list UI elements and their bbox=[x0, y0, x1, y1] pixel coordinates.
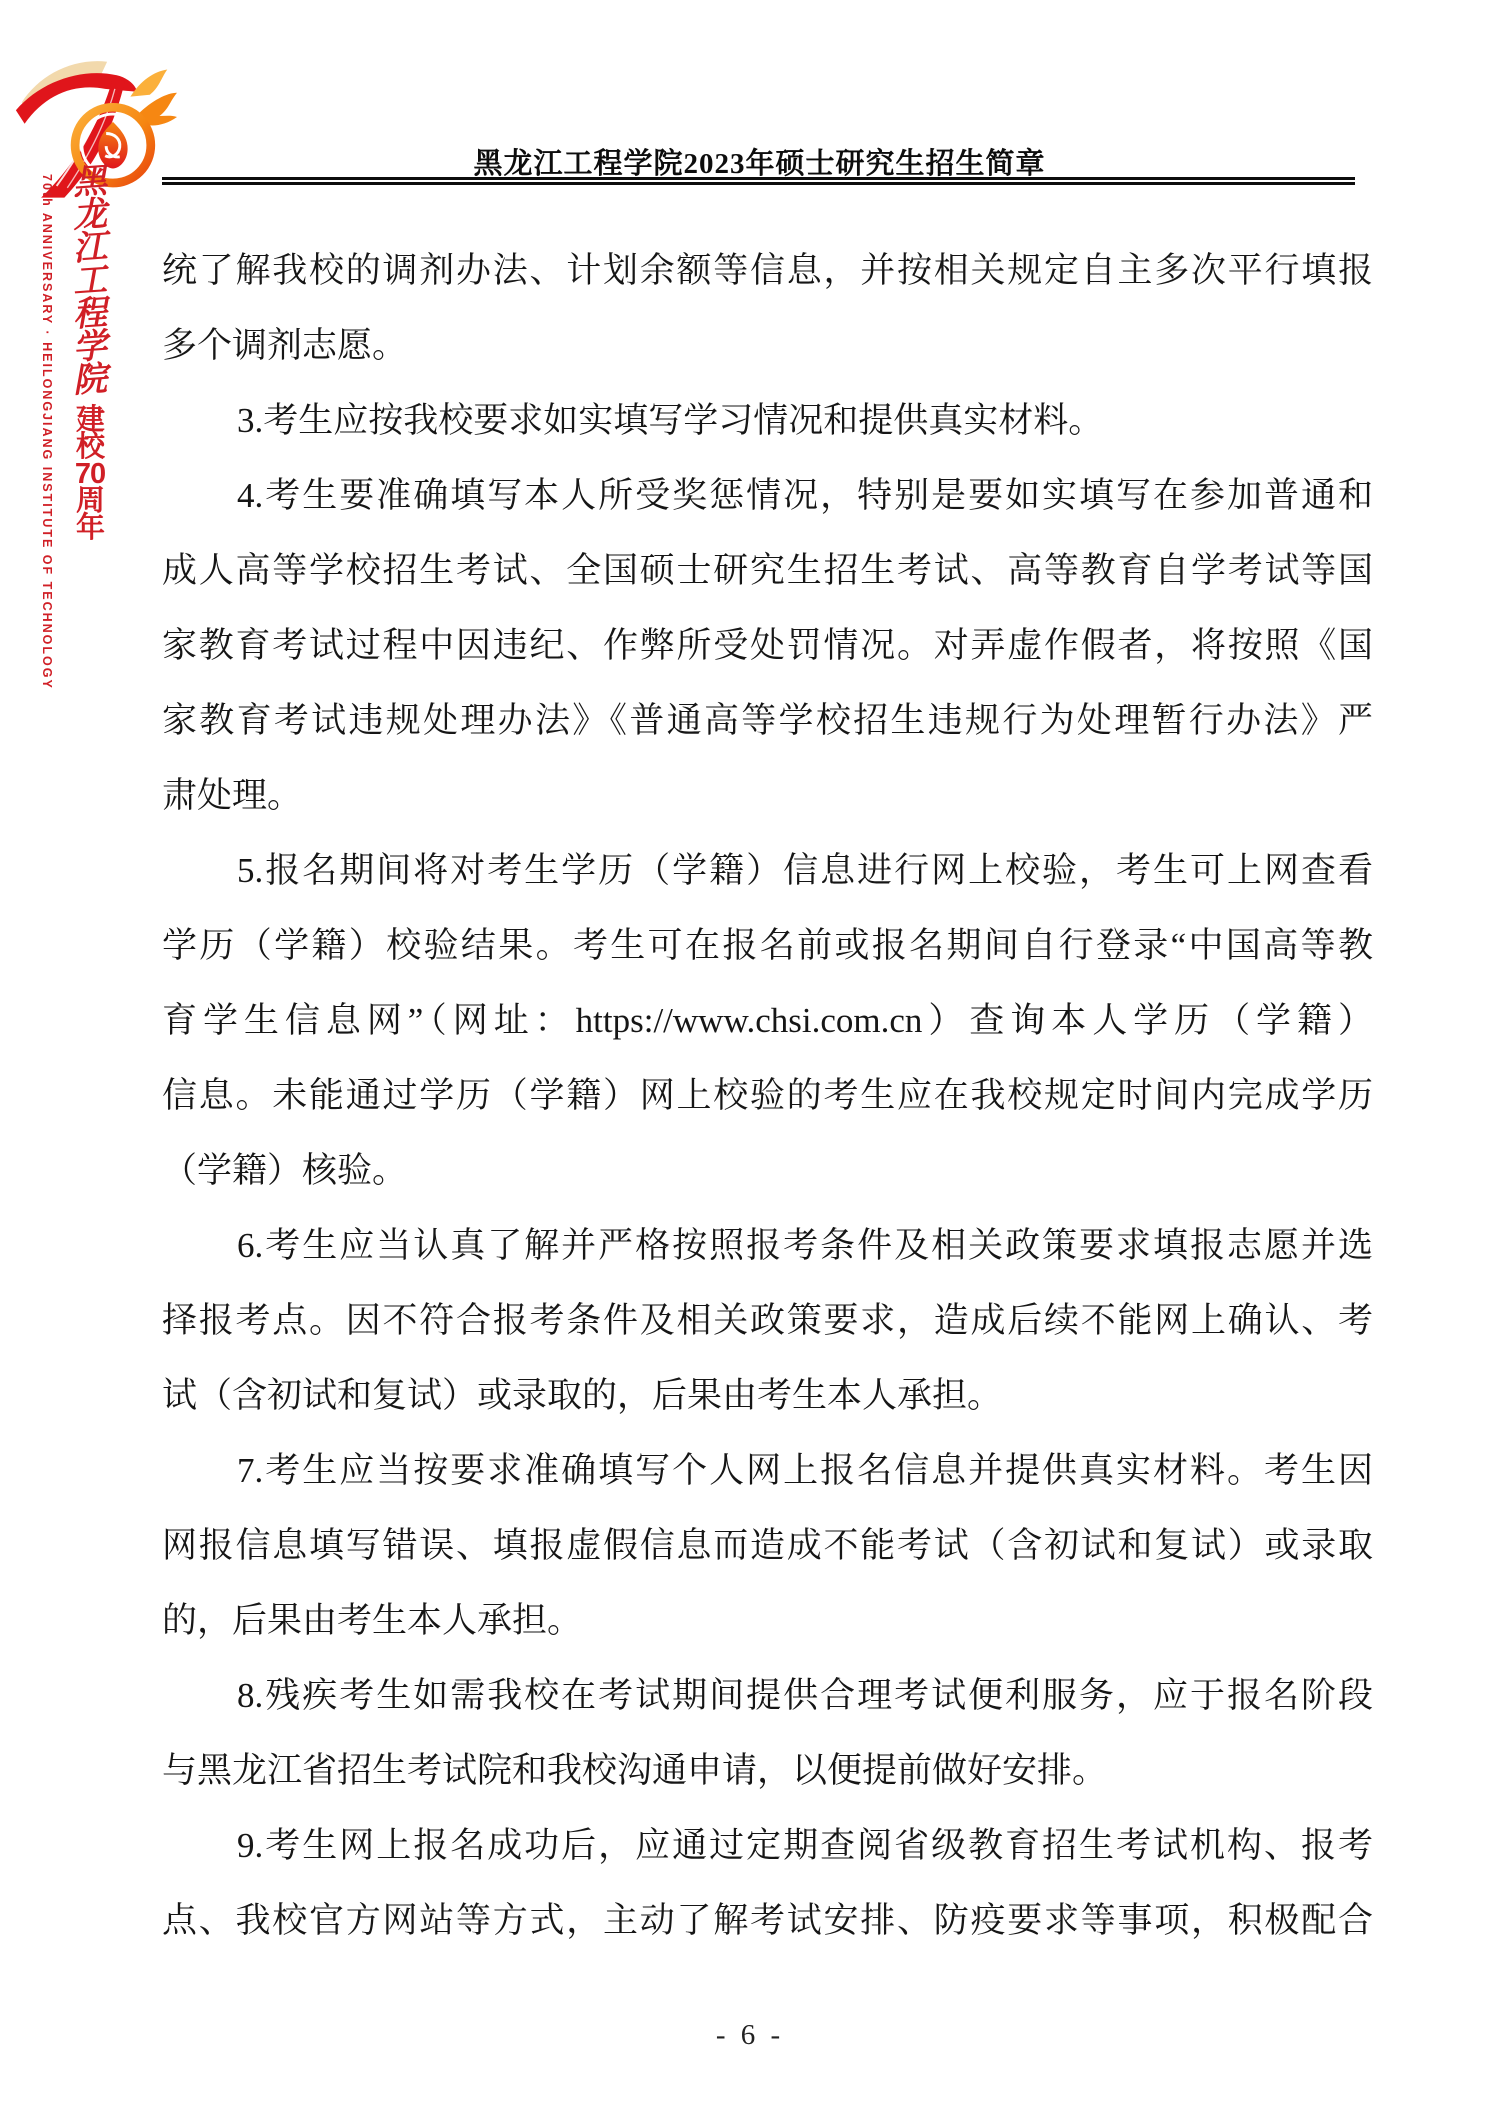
body-text-line: （学籍）核验。 bbox=[162, 1133, 1373, 1208]
body-text-line: 家教育考试过程中因违纪、作弊所受处罚情况。对弄虚作假者，将按照《国 bbox=[162, 608, 1373, 683]
body-text-line: 的，后果由考生本人承担。 bbox=[162, 1583, 1373, 1658]
banner-calligraphy-char: 院 bbox=[72, 363, 108, 398]
body-text-line: 6.考生应当认真了解并严格按照报考条件及相关政策要求填报志愿并选 bbox=[162, 1208, 1373, 1283]
banner-anniversary-char: 建 bbox=[76, 407, 104, 434]
body-text-line: 成人高等学校招生考试、全国硕士研究生招生考试、高等教育自学考试等国 bbox=[162, 533, 1373, 608]
body-text-line: 信息。未能通过学历（学籍）网上校验的考生应在我校规定时间内完成学历 bbox=[162, 1058, 1373, 1133]
body-text-line: 9.考生网上报名成功后，应通过定期查阅省级教育招生考试机构、报考 bbox=[162, 1808, 1373, 1883]
banner-anniversary-char: 周 bbox=[76, 488, 104, 515]
banner-calligraphy-char: 龙 bbox=[72, 198, 108, 233]
body-text-line: 学历（学籍）校验结果。考生可在报名前或报名期间自行登录“中国高等教 bbox=[162, 908, 1373, 983]
banner-calligraphy-char: 程 bbox=[72, 297, 108, 332]
body-text-line: 多个调剂志愿。 bbox=[162, 308, 1373, 383]
banner-calligraphy-char: 江 bbox=[72, 231, 108, 266]
banner-anniversary-char: 70 bbox=[75, 461, 105, 488]
body-text-line: 统了解我校的调剂办法、计划余额等信息，并按相关规定自主多次平行填报 bbox=[162, 233, 1373, 308]
body-text-line: 肃处理。 bbox=[162, 758, 1373, 833]
body-text-line: 试（含初试和复试）或录取的，后果由考生本人承担。 bbox=[162, 1358, 1373, 1433]
banner-anniversary-char: 年 bbox=[76, 515, 104, 542]
banner-calligraphy-char: 工 bbox=[72, 264, 108, 299]
body-text-line: 网报信息填写错误、填报虚假信息而造成不能考试（含初试和复试）或录取 bbox=[162, 1508, 1373, 1583]
body-text-line: 7.考生应当按要求准确填写个人网上报名信息并提供真实材料。考生因 bbox=[162, 1433, 1373, 1508]
document-page: { "header": { "title": "黑龙江工程学院2023年硕士研究… bbox=[0, 0, 1500, 2120]
banner-calligraphy-char: 学 bbox=[72, 330, 108, 365]
body-text-line: 与黑龙江省招生考试院和我校沟通申请，以便提前做好安排。 bbox=[162, 1733, 1373, 1808]
banner-calligraphy-char: 黑 bbox=[72, 165, 108, 200]
banner-chinese-vertical: 黑龙江工程学院建校70周年 bbox=[58, 166, 122, 542]
header-divider bbox=[162, 177, 1355, 185]
body-text-line: 8.残疾考生如需我校在考试期间提供合理考试便利服务，应于报名阶段 bbox=[162, 1658, 1373, 1733]
body-text-line: 家教育考试违规处理办法》《普通高等学校招生违规行为处理暂行办法》严 bbox=[162, 683, 1373, 758]
body-text-line: 5.报名期间将对考生学历（学籍）信息进行网上校验，考生可上网查看 bbox=[162, 833, 1373, 908]
body-text-line: 育学生信息网”（网址：https://www.chsi.com.cn）查询本人学… bbox=[162, 983, 1373, 1058]
body-text-line: 4.考生要准确填写本人所受奖惩情况，特别是要如实填写在参加普通和 bbox=[162, 458, 1373, 533]
body-text: 统了解我校的调剂办法、计划余额等信息，并按相关规定自主多次平行填报多个调剂志愿。… bbox=[162, 233, 1373, 1958]
body-text-line: 点、我校官方网站等方式，主动了解考试安排、防疫要求等事项，积极配合 bbox=[162, 1883, 1373, 1958]
body-text-line: 择报考点。因不符合报考条件及相关政策要求，造成后续不能网上确认、考 bbox=[162, 1283, 1373, 1358]
banner-anniversary-char: 校 bbox=[76, 434, 104, 461]
banner-english-vertical: 70th ANNIVERSARY · HEILONGJIANG INSTITUT… bbox=[40, 174, 54, 542]
page-number: - 6 - bbox=[0, 2018, 1500, 2052]
body-text-line: 3.考生应按我校要求如实填写学习情况和提供真实材料。 bbox=[162, 383, 1373, 458]
